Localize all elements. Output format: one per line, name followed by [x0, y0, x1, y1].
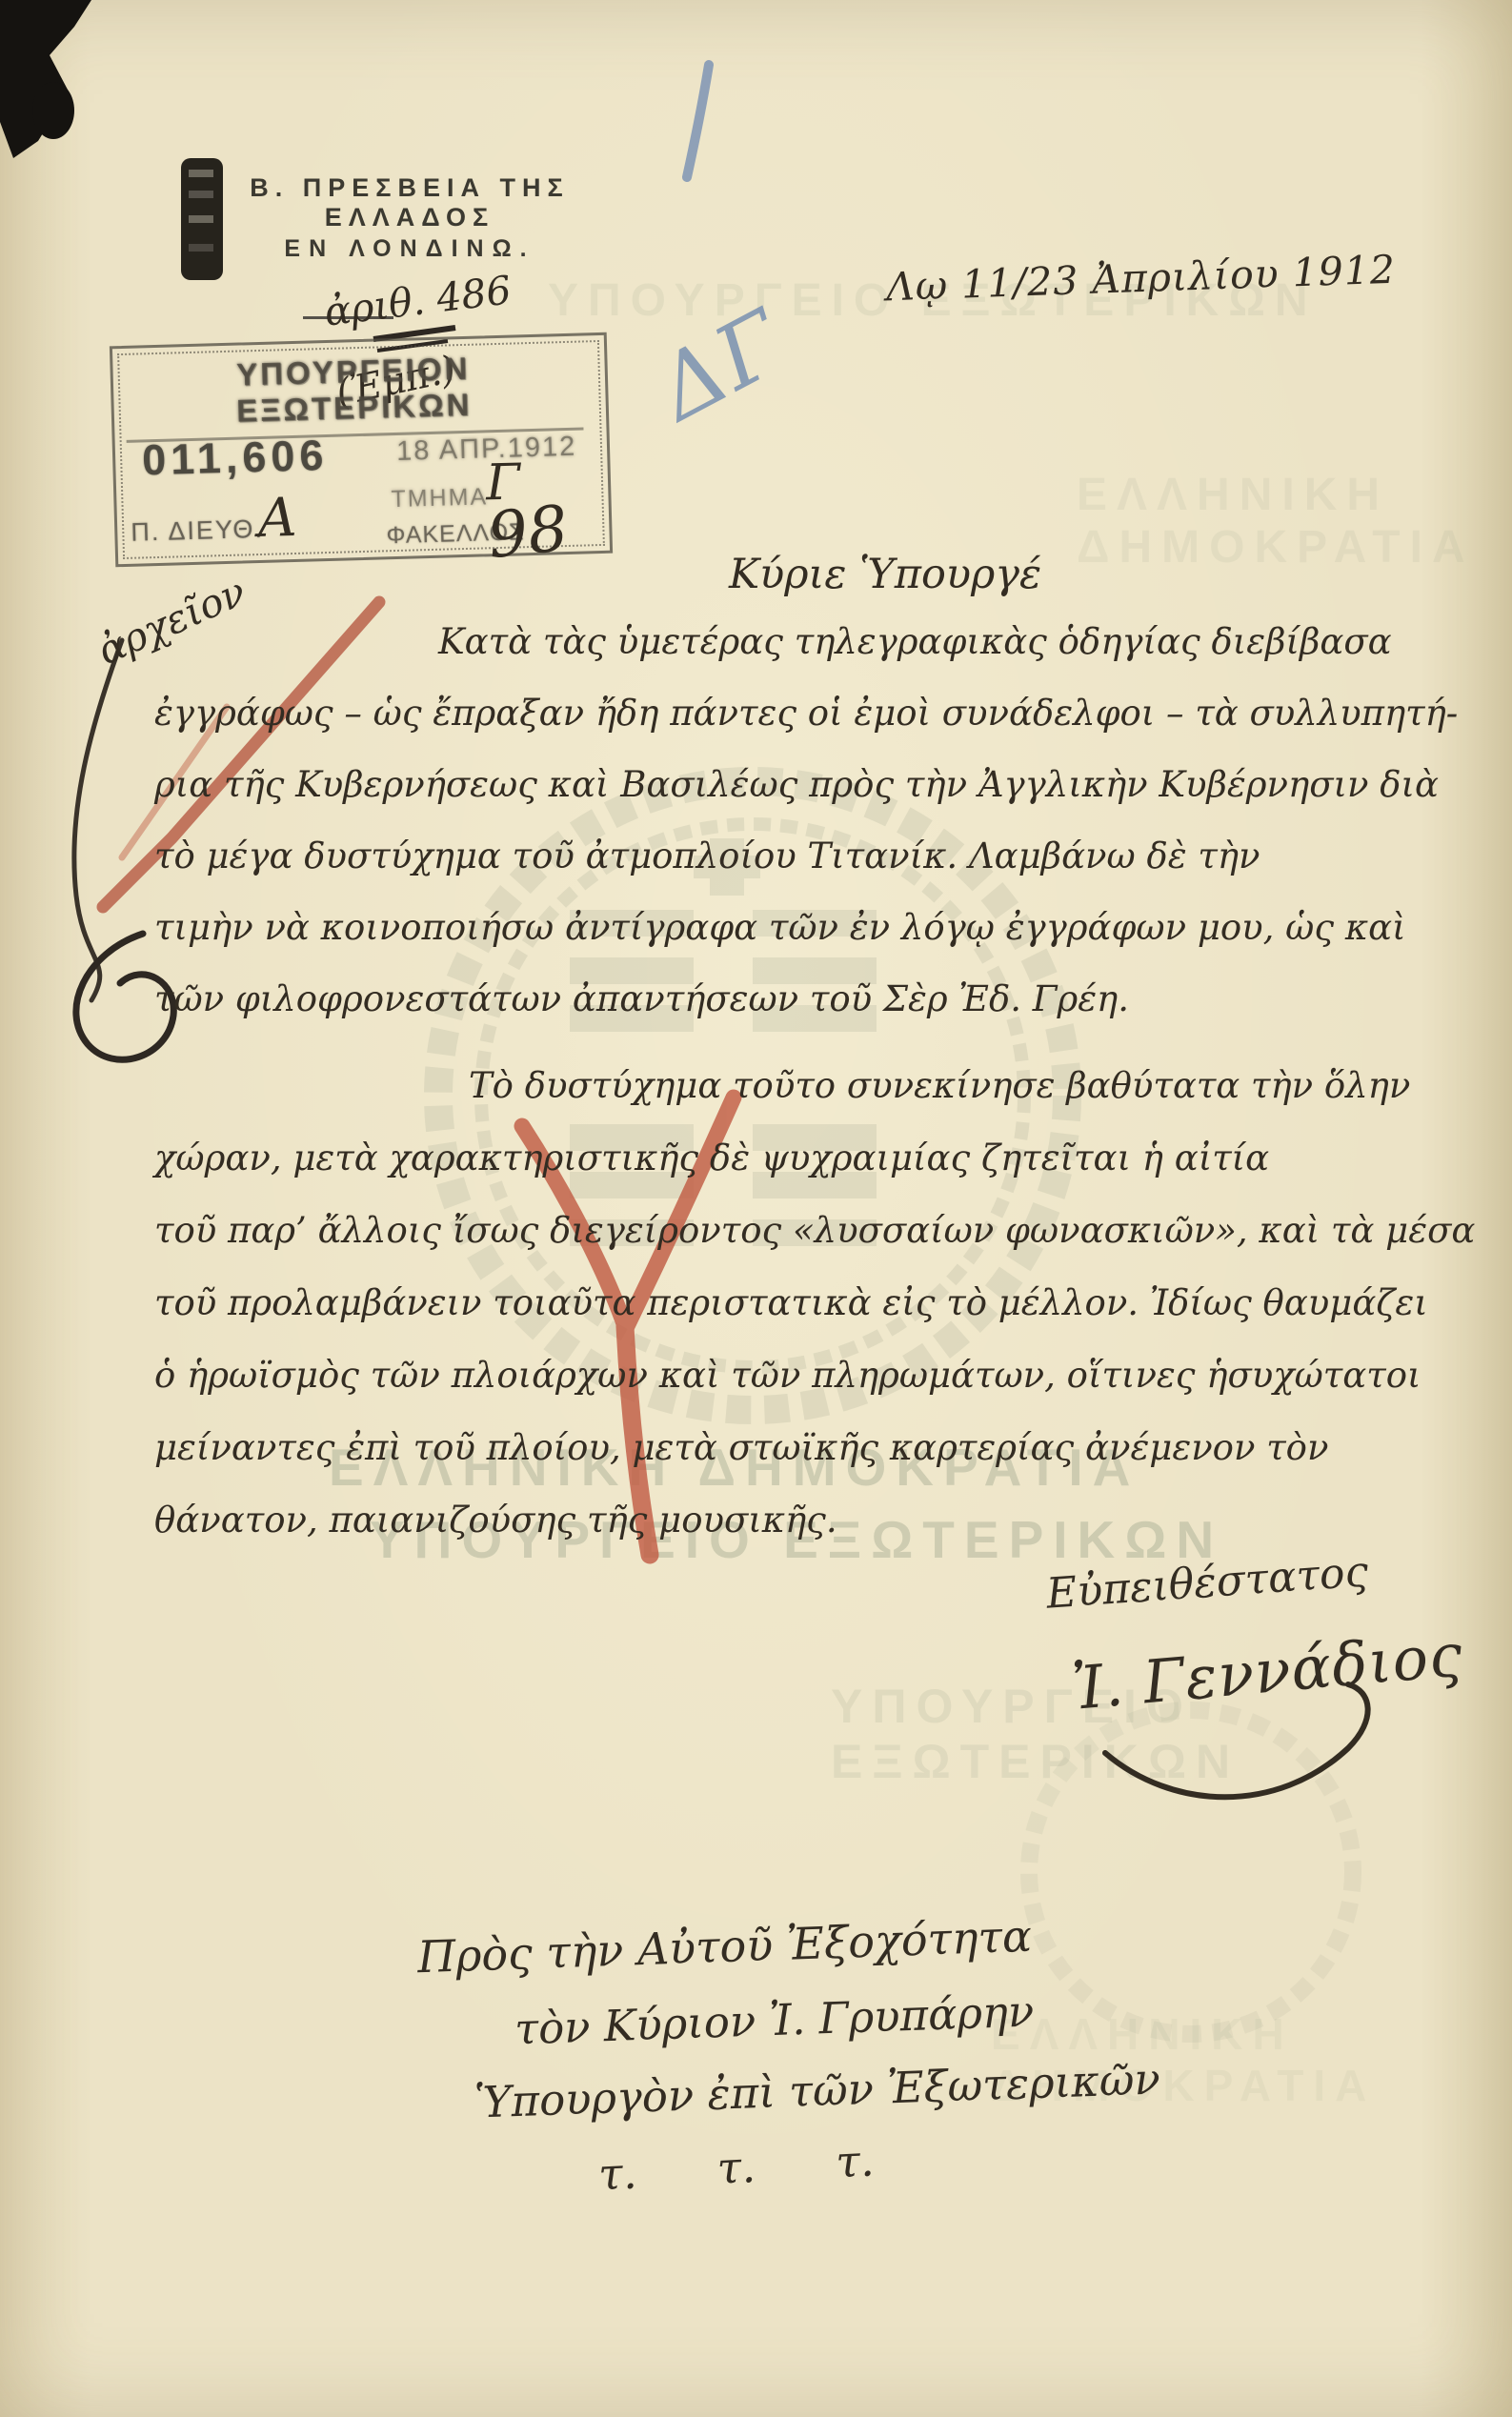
handwritten-text-line: τῶν φιλοφρονεστάτων ἀπαντήσεων τοῦ Σὲρ Ἐ…	[154, 978, 1483, 1050]
handwritten-text-line: ὁ ἡρωϊσμὸς τῶν πλοιάρχων καὶ τῶν πληρωμά…	[154, 1355, 1483, 1427]
address-recipient-title: Ὑπουργὸν ἐπὶ τῶν Ἐξωτερικῶν	[474, 2053, 1160, 2127]
salutation: Κύριε Ὑπουργέ	[729, 551, 1041, 598]
handwritten-text-line: χώραν, μετὰ χαρακτηριστικῆς δὲ ψυχραιμία…	[154, 1138, 1483, 1210]
handwritten-text-line: τοῦ παρ’ ἄλλοις ἴσως διεγείροντος «λυσσα…	[154, 1210, 1483, 1282]
handwritten-text-line: ρια τῆς Κυβερνήσεως καὶ Βασιλέως πρὸς τὴ…	[154, 764, 1483, 836]
stamp-section-label: ΤΜΗΜΑ	[391, 483, 488, 514]
handwritten-text-line: τὸ μέγα δυστύχημα τοῦ ἀτμοπλοίου Τιτανίκ…	[154, 836, 1483, 907]
folder-number-handwritten: 98	[484, 492, 572, 573]
handwritten-text-line: Τὸ δυστύχημα τοῦτο συνεκίνησε βαθύτατα τ…	[154, 1065, 1483, 1138]
stamp-ministry-name: ΥΠΟΥΡΓΕΙΟΝ ΕΞΩΤΕΡΙΚΩΝ	[124, 348, 583, 443]
letterhead-embassy-city: ΕΝ ΛΟΝΔΙΝΩ.	[195, 235, 624, 263]
letterhead-embassy-title: Β. ΠΡΕΣΒΕΙΑ ΤΗΣ ΕΛΛΑΔΟΣ	[195, 173, 624, 232]
stamp-protocol-number: 011,606	[142, 431, 330, 485]
stamp-directorate-label: Π. ΔΙΕΥΘ.	[131, 514, 264, 548]
handwritten-text-line: τοῦ προλαμβάνειν τοιαῦτα περιστατικὰ εἰς…	[154, 1282, 1483, 1355]
torn-corner	[0, 0, 91, 158]
address-excellency-line: Πρὸς τὴν Αὐτοῦ Ἐξοχότητα	[416, 1910, 1033, 1983]
handwritten-text-line: Κατὰ τὰς ὑμετέρας τηλεγραφικὰς ὁδηγίας δ…	[154, 621, 1483, 693]
handwritten-text-line: τιμὴν νὰ κοινοποιήσω ἀντίγραφα τῶν ἐν λό…	[154, 907, 1483, 978]
handwritten-text-line: μείναντες ἐπὶ τοῦ πλοίου, μετὰ στωϊκῆς κ…	[154, 1427, 1483, 1500]
margin-flourish	[74, 640, 122, 1000]
address-etcetera-marks: τ. τ. τ.	[597, 2134, 876, 2200]
stamp-directorate-value: Α	[257, 487, 297, 550]
registry-number-note: ἀριθ. 486	[322, 267, 514, 335]
dateline: Λῳ 11/23 Ἀπριλίου 1912	[885, 247, 1396, 311]
scanned-letter-page: ΥΠΟΥΡΓΕΙΟ ΕΞΩΤΕΡΙΚΩΝ ΕΛΛΗΝΙΚΗ ΔΗΜΟΚΡΑΤΙΑ…	[0, 0, 1512, 2417]
blue-slash-mark	[687, 65, 709, 177]
body-paragraph-2: Τὸ δυστύχημα τοῦτο συνεκίνησε βαθύτατα τ…	[154, 1065, 1483, 1572]
body-paragraph-1: Κατὰ τὰς ὑμετέρας τηλεγραφικὰς ὁδηγίας δ…	[154, 621, 1483, 1050]
watermark-text-tile: ΕΛΛΗΝΙΚΗ ΔΗΜΟΚΡΑΤΙΑ	[1077, 469, 1512, 574]
handwritten-text-line: ἐγγράφως – ὡς ἔπραξαν ἤδη πάντες οἱ ἐμοὶ…	[154, 693, 1483, 764]
address-recipient-name: τὸν Κύριον Ἰ. Γρυπάρην	[514, 1986, 1035, 2055]
